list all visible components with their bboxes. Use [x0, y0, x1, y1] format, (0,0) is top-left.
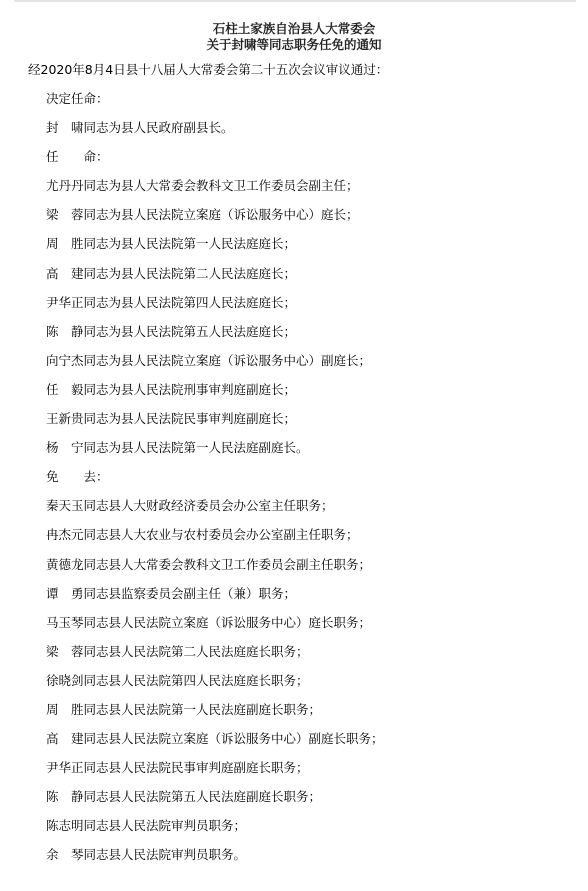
list-item: 向宁杰同志为县人民法院立案庭（诉讼服务中心）副庭长；	[46, 353, 384, 382]
list-item: 任 毅同志为县人民法院刑事审判庭副庭长；	[46, 382, 384, 411]
list-item: 马玉琴同志县人民法院立案庭（诉讼服务中心）庭长职务；	[46, 615, 384, 644]
list-item: 陈 静同志县人民法院第五人民法庭副庭长职务；	[46, 789, 384, 818]
section-heading-appoint-decision: 决定任命：	[46, 91, 384, 120]
section-heading-dismiss: 免 去：	[46, 469, 384, 498]
section-heading-appoint: 任 命：	[46, 149, 384, 178]
list-item: 梁 蓉同志县人民法院第二人民法庭庭长职务；	[46, 644, 384, 673]
list-item: 梁 蓉同志为县人民法院立案庭（诉讼服务中心）庭长；	[46, 207, 384, 236]
top-divider	[14, 0, 576, 2]
list-item: 封 啸同志为县人民政府副县长。	[46, 120, 384, 149]
list-item: 杨 宁同志为县人民法院第一人民法庭副庭长。	[46, 440, 384, 469]
list-item: 秦天玉同志县人大财政经济委员会办公室主任职务；	[46, 498, 384, 527]
list-item: 高 建同志为县人民法院第二人民法庭庭长；	[46, 266, 384, 295]
list-item: 高 建同志县人民法院立案庭（诉讼服务中心）副庭长职务；	[46, 731, 384, 760]
list-item: 谭 勇同志县监察委员会副主任（兼）职务；	[46, 586, 384, 615]
list-item: 陈志明同志县人民法院审判员职务；	[46, 818, 384, 847]
document-body: 决定任命： 封 啸同志为县人民政府副县长。 任 命： 尤丹丹同志为县人大常委会教…	[46, 91, 384, 877]
list-item: 尹华正同志县人民法院民事审判庭副庭长职务；	[46, 760, 384, 789]
list-item: 黄德龙同志县人大常委会教科文卫工作委员会副主任职务；	[46, 557, 384, 586]
list-item: 冉杰元同志县人大农业与农村委员会办公室副主任职务；	[46, 527, 384, 556]
list-item: 陈 静同志为县人民法院第五人民法庭庭长；	[46, 324, 384, 353]
list-item: 尤丹丹同志为县人大常委会教科文卫工作委员会副主任；	[46, 178, 384, 207]
list-item: 王新贵同志为县人民法院民事审判庭副庭长；	[46, 411, 384, 440]
list-item: 周 胜同志县人民法院第一人民法庭副庭长职务；	[46, 702, 384, 731]
list-item: 余 琴同志县人民法院审判员职务。	[46, 847, 384, 876]
intro-paragraph: 经2020年8月4日县十八届人大常委会第二十五次会议审议通过：	[28, 62, 388, 77]
list-item: 尹华正同志为县人民法院第四人民法庭庭长；	[46, 295, 384, 324]
list-item: 徐晓剑同志县人民法院第四人民法庭庭长职务；	[46, 673, 384, 702]
document-title-line2: 关于封啸等同志职务任免的通知	[0, 37, 588, 52]
document-title-line1: 石柱土家族自治县人大常委会	[0, 21, 588, 36]
list-item: 周 胜同志为县人民法院第一人民法庭庭长；	[46, 236, 384, 265]
